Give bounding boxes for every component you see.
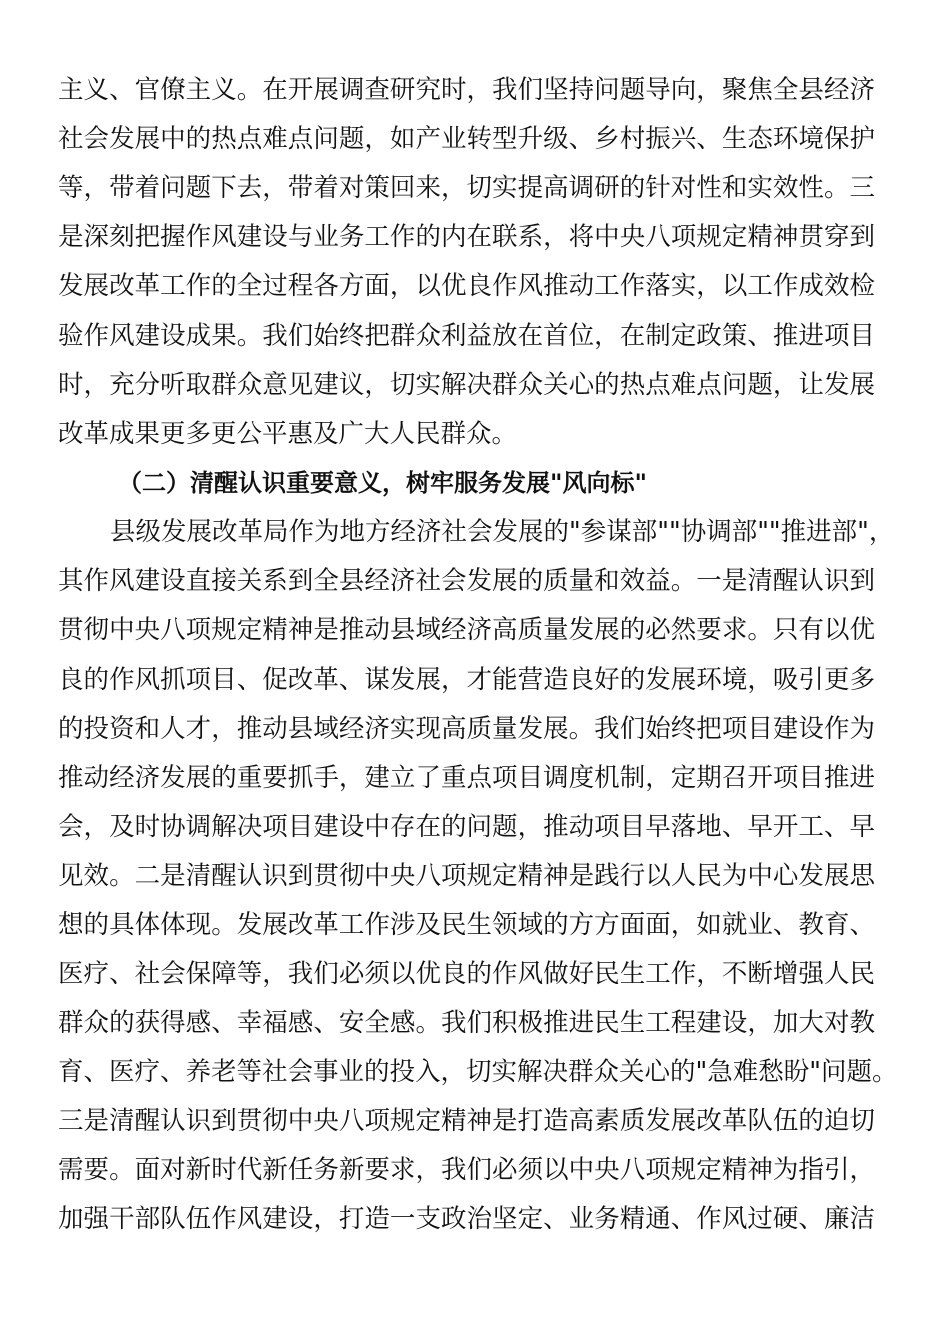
paragraph-line: 等，带着问题下去，带着对策回来，切实提高调研的针对性和实效性。三 bbox=[58, 168, 875, 208]
section-heading: （二）清醒认识重要意义，树牢服务发展"风向标" bbox=[118, 463, 647, 503]
paragraph-line: 的投资和人才，推动县域经济实现高质量发展。我们始终把项目建设作为 bbox=[58, 709, 875, 749]
paragraph-line: 社会发展中的热点难点问题，如产业转型升级、乡村振兴、生态环境保护 bbox=[58, 119, 875, 159]
paragraph-line: 其作风建设直接关系到全县经济社会发展的质量和效益。一是清醒认识到 bbox=[58, 561, 875, 601]
document-page: 主义、官僚主义。在开展调查研究时，我们坚持问题导向，聚焦全县经济 社会发展中的热… bbox=[0, 0, 950, 1344]
paragraph-line: 群众的获得感、幸福感、安全感。我们积极推进民生工程建设，加大对教 bbox=[58, 1003, 875, 1043]
paragraph-line: 见效。二是清醒认识到贯彻中央八项规定精神是践行以人民为中心发展思 bbox=[58, 856, 875, 896]
paragraph-line: 想的具体体现。发展改革工作涉及民生领域的方方面面，如就业、教育、 bbox=[58, 905, 875, 945]
paragraph-line: 县级发展改革局作为地方经济社会发展的"参谋部""协调部""推进部"， bbox=[110, 512, 875, 552]
paragraph-line: 主义、官僚主义。在开展调查研究时，我们坚持问题导向，聚焦全县经济 bbox=[58, 70, 875, 110]
paragraph-line: 贯彻中央八项规定精神是推动县域经济高质量发展的必然要求。只有以优 bbox=[58, 610, 875, 650]
paragraph-line: 医疗、社会保障等，我们必须以优良的作风做好民生工作，不断增强人民 bbox=[58, 954, 875, 994]
paragraph-line: 良的作风抓项目、促改革、谋发展，才能营造良好的发展环境，吸引更多 bbox=[58, 660, 875, 700]
paragraph-line: 推动经济发展的重要抓手，建立了重点项目调度机制，定期召开项目推进 bbox=[58, 758, 875, 798]
paragraph-line: 是深刻把握作风建设与业务工作的内在联系，将中央八项规定精神贯穿到 bbox=[58, 217, 875, 257]
paragraph-line: 改革成果更多更公平惠及广大人民群众。 bbox=[58, 414, 875, 454]
paragraph-line: 时，充分听取群众意见建议，切实解决群众关心的热点难点问题，让发展 bbox=[58, 365, 875, 405]
paragraph-line: 育、医疗、养老等社会事业的投入，切实解决群众关心的"急难愁盼"问题。 bbox=[58, 1052, 875, 1092]
paragraph-line: 发展改革工作的全过程各方面，以优良作风推动工作落实，以工作成效检 bbox=[58, 266, 875, 306]
paragraph-line: 三是清醒认识到贯彻中央八项规定精神是打造高素质发展改革队伍的迫切 bbox=[58, 1101, 875, 1141]
paragraph-line: 验作风建设成果。我们始终把群众利益放在首位，在制定政策、推进项目 bbox=[58, 316, 875, 356]
paragraph-line: 加强干部队伍作风建设，打造一支政治坚定、业务精通、作风过硬、廉洁 bbox=[58, 1199, 875, 1239]
paragraph-line: 会，及时协调解决项目建设中存在的问题，推动项目早落地、早开工、早 bbox=[58, 807, 875, 847]
paragraph-line: 需要。面对新时代新任务新要求，我们必须以中央八项规定精神为指引， bbox=[58, 1150, 875, 1190]
